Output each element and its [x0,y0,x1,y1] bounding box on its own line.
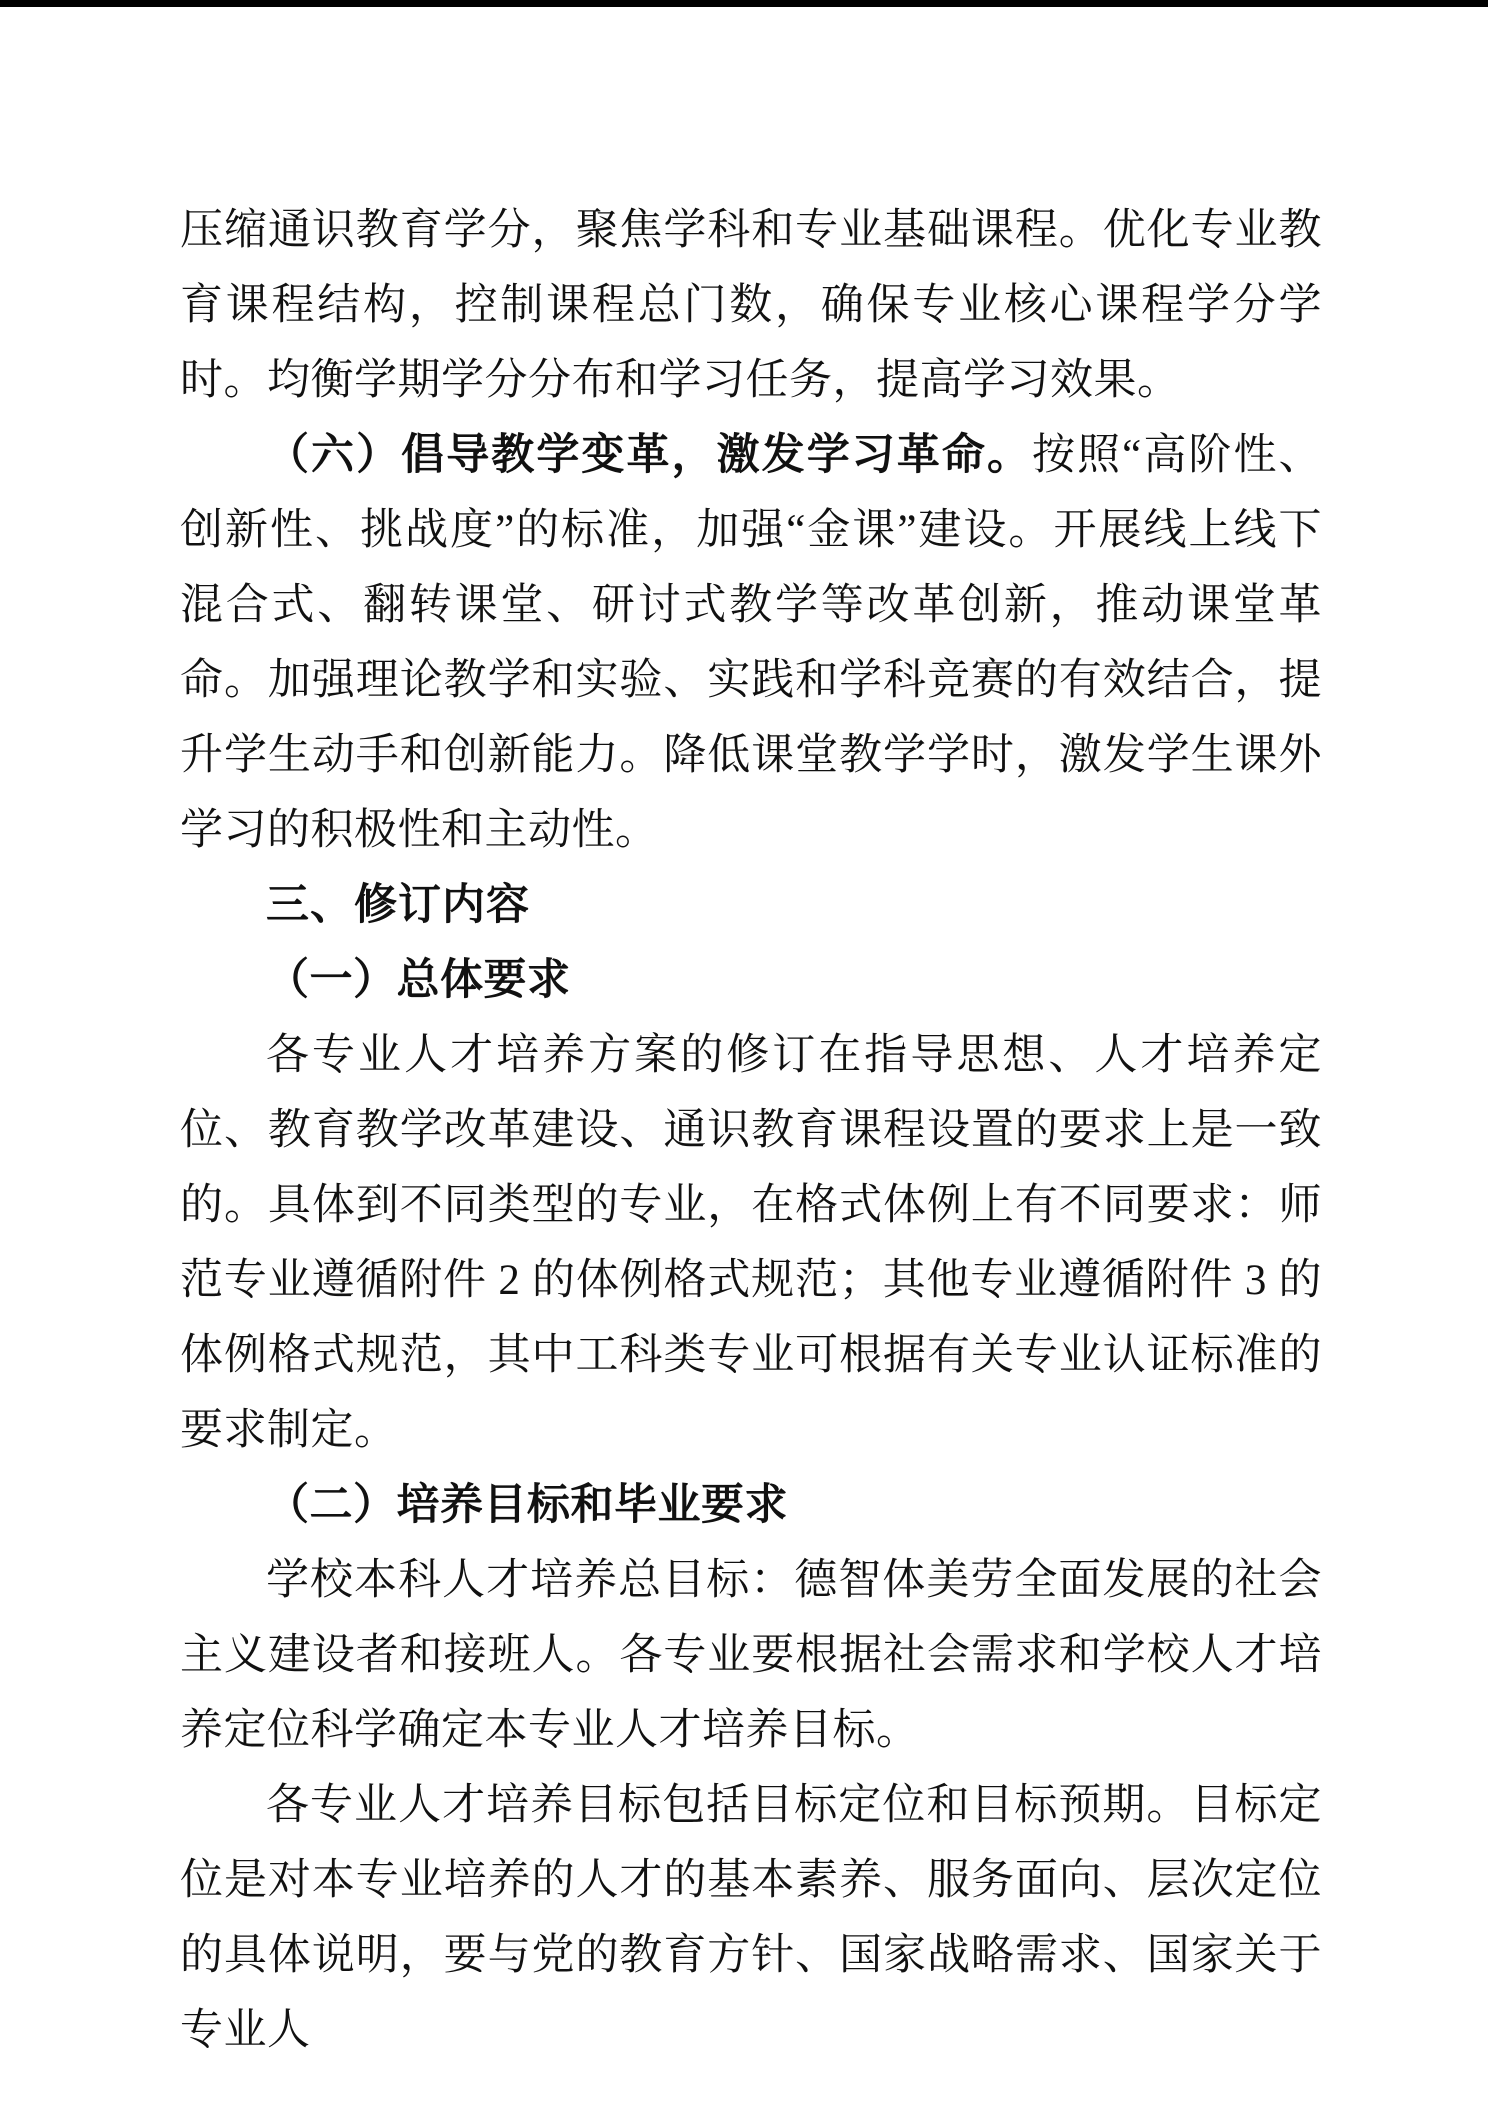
paragraph-continuation: 压缩通识教育学分，聚焦学科和专业基础课程。优化专业教育课程结构，控制课程总门数，… [180,193,1322,418]
section-6-body: 按照“高阶性、创新性、挑战度”的标准，加强“金课”建设。开展线上线下混合式、翻转… [180,432,1322,854]
section-6-lead: （六）倡导教学变革，激发学习革命。 [266,432,1032,479]
paragraph-overall-requirements: 各专业人才培养方案的修订在指导思想、人才培养定位、教育教学改革建设、通识教育课程… [180,1018,1322,1468]
heading-subsection-2: （二）培养目标和毕业要求 [180,1468,1322,1543]
scan-top-edge [0,0,1488,7]
document-page: 压缩通识教育学分，聚焦学科和专业基础课程。优化专业教育课程结构，控制课程总门数，… [0,0,1488,2104]
paragraph-training-goal-2: 各专业人才培养目标包括目标定位和目标预期。目标定位是对本专业培养的人才的基本素养… [180,1768,1322,2068]
paragraph-section-6: （六）倡导教学变革，激发学习革命。按照“高阶性、创新性、挑战度”的标准，加强“金… [180,418,1322,868]
page-content: 压缩通识教育学分，聚焦学科和专业基础课程。优化专业教育课程结构，控制课程总门数，… [180,193,1322,2068]
heading-section-3: 三、修订内容 [180,868,1322,943]
heading-subsection-1: （一）总体要求 [180,943,1322,1018]
paragraph-training-goal-1: 学校本科人才培养总目标：德智体美劳全面发展的社会主义建设者和接班人。各专业要根据… [180,1543,1322,1768]
